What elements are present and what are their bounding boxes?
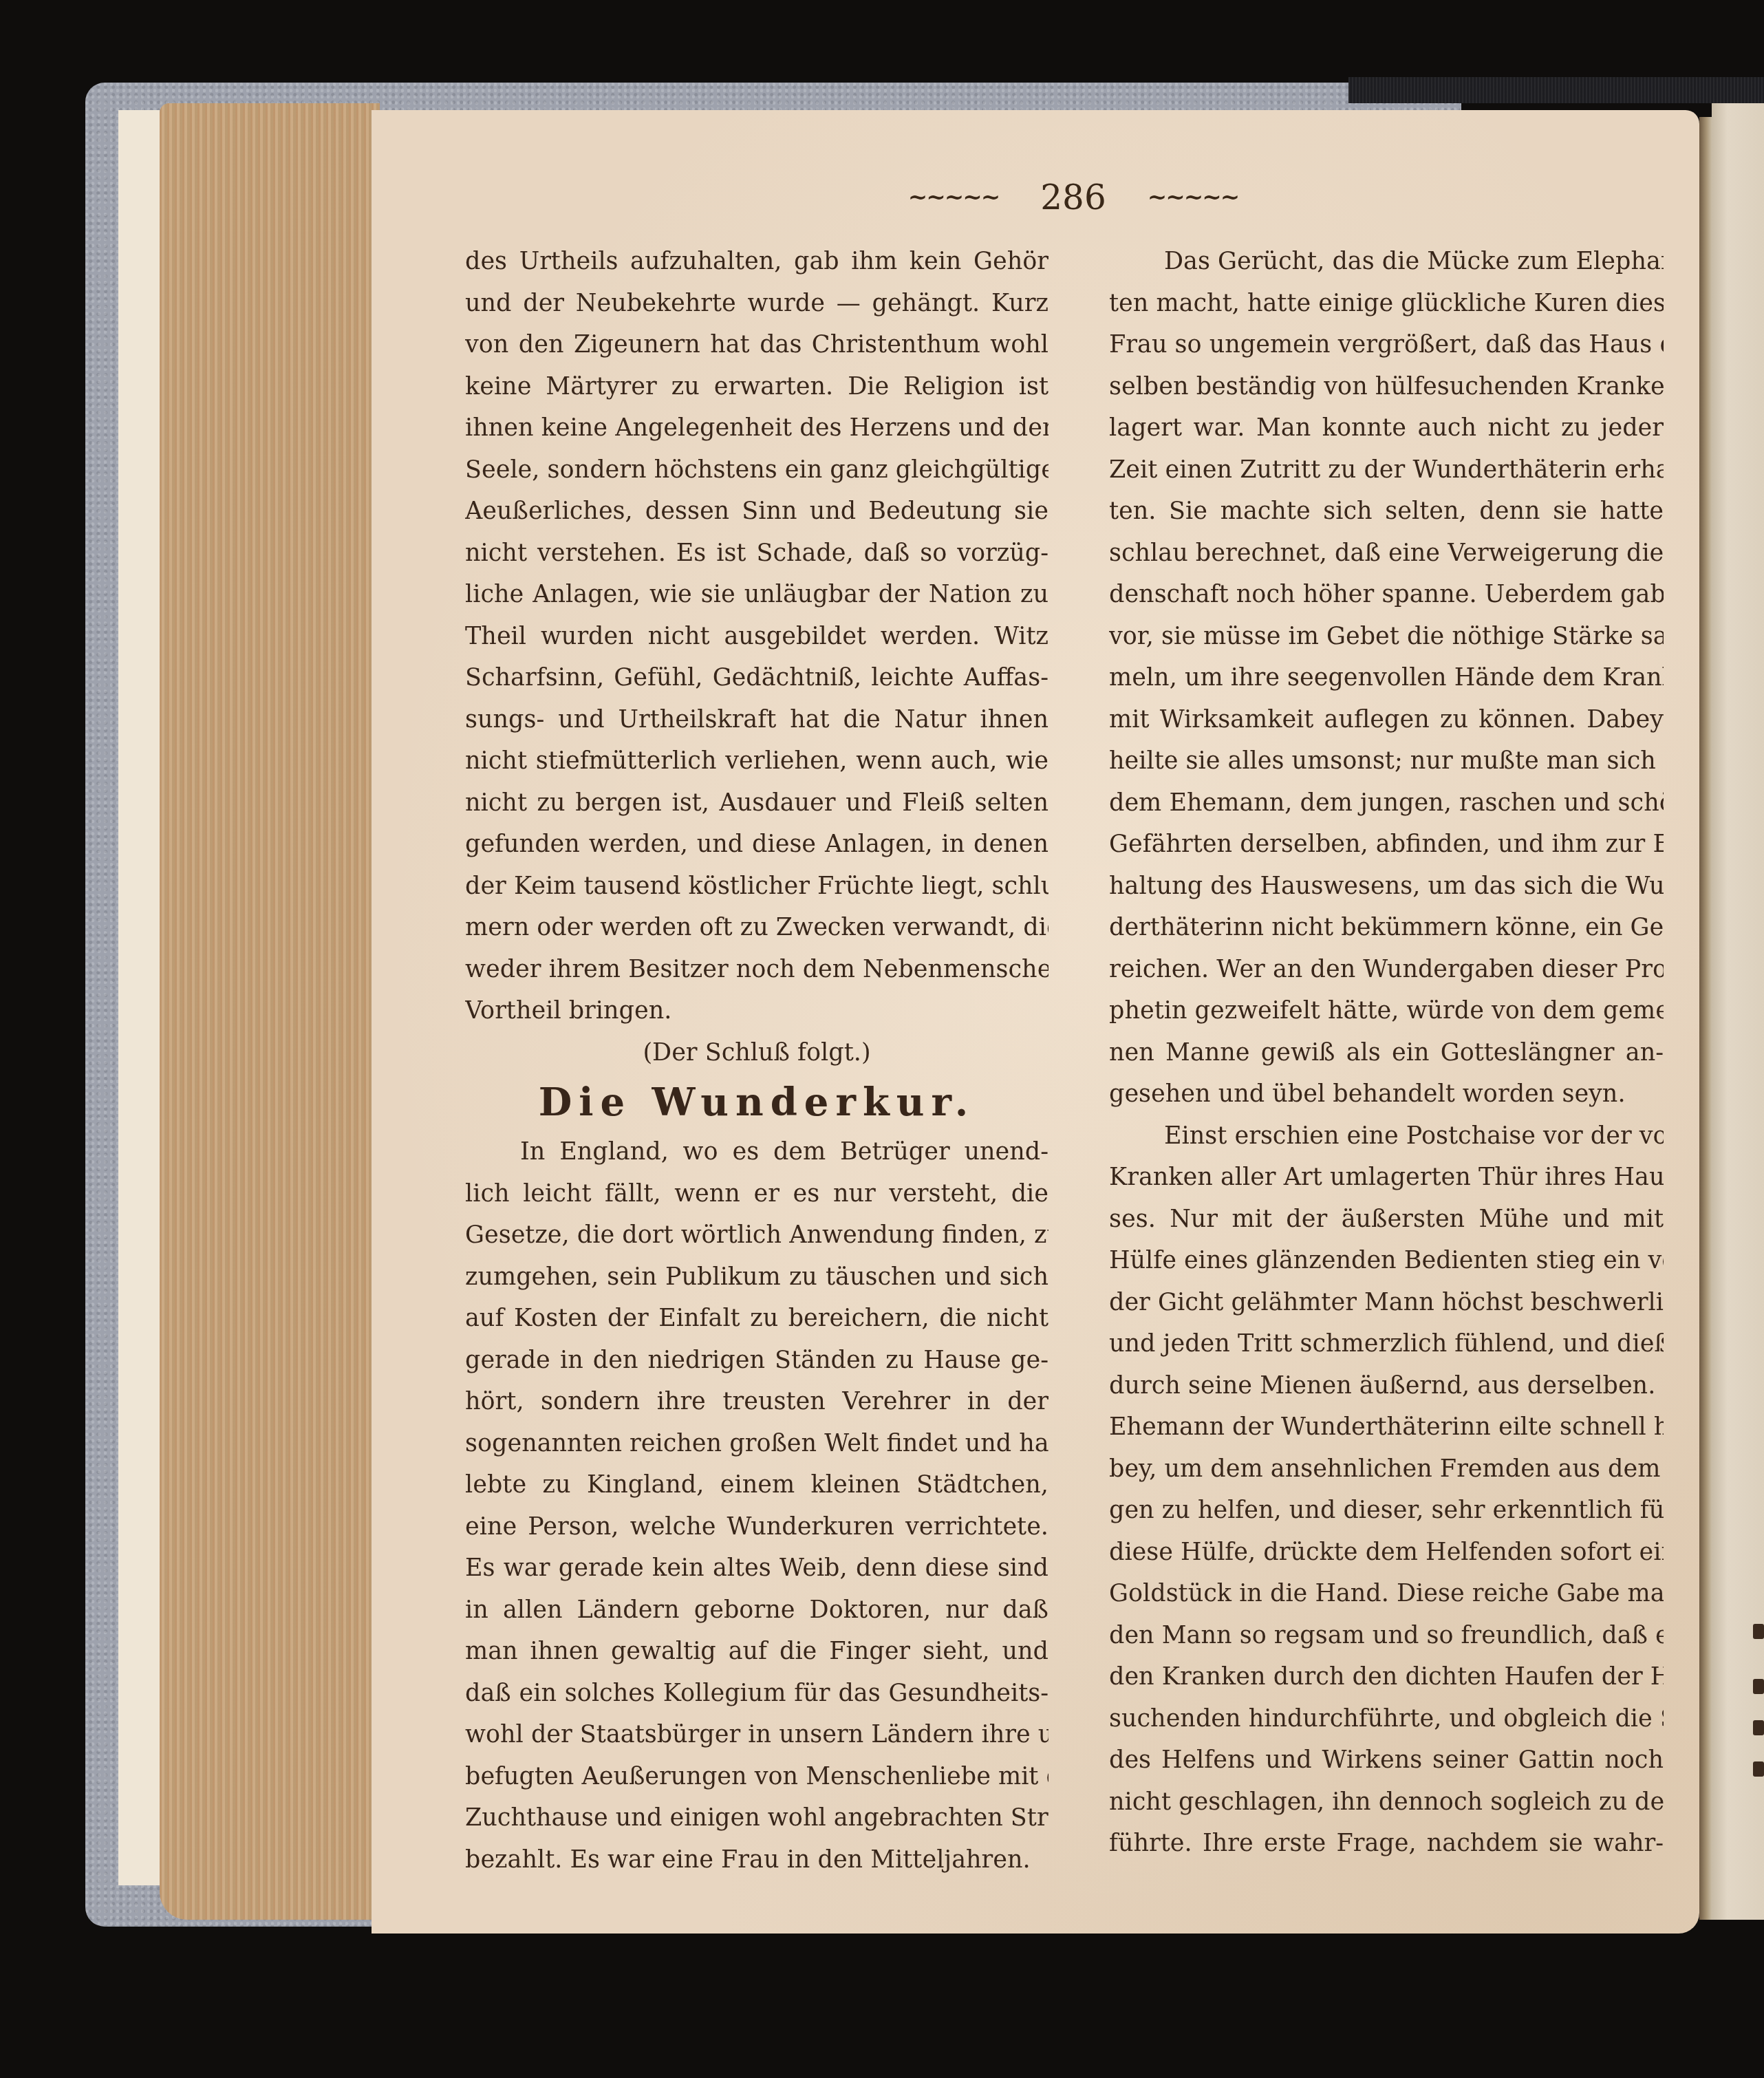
spine-cloth bbox=[1348, 77, 1764, 103]
text-line: den Mann so regsam und so freundlich, da… bbox=[1109, 1615, 1664, 1657]
text-line: Gefährten derselben, abfinden, und ihm z… bbox=[1109, 824, 1664, 866]
text-line: Es war gerade kein altes Weib, denn dies… bbox=[465, 1547, 1048, 1589]
flyleaf bbox=[118, 110, 160, 1885]
text-line: der Keim tausend köstlicher Früchte lieg… bbox=[465, 866, 1048, 908]
text-line: wohl der Staatsbürger in unsern Ländern … bbox=[465, 1714, 1048, 1756]
text-line: ses. Nur mit der äußersten Mühe und mit bbox=[1109, 1199, 1664, 1241]
text-line: diese Hülfe, drückte dem Helfenden sofor… bbox=[1109, 1532, 1664, 1574]
text-line: phetin gezweifelt hätte, würde von dem g… bbox=[1109, 990, 1664, 1032]
text-line: nicht geschlagen, ihn dennoch sogleich z… bbox=[1109, 1781, 1664, 1823]
text-line: den Kranken durch den dichten Haufen der… bbox=[1109, 1656, 1664, 1698]
article-heading: Die Wunderkur. bbox=[465, 1073, 1048, 1131]
text-line: nicht stiefmütterlich verliehen, wenn au… bbox=[465, 740, 1048, 782]
text-line: der Gicht gelähmter Mann höchst beschwer… bbox=[1109, 1282, 1664, 1324]
text-line: befugten Aeußerungen von Menschenliebe m… bbox=[465, 1756, 1048, 1798]
text-line: Gesetze, die dort wörtlich Anwendung fin… bbox=[465, 1214, 1048, 1256]
text-line: man ihnen gewaltig auf die Finger sieht,… bbox=[465, 1631, 1048, 1673]
text-line: nen Manne gewiß als ein Gotteslängner an… bbox=[1109, 1032, 1664, 1074]
text-line: Einst erschien eine Postchaise vor der v… bbox=[1109, 1115, 1664, 1157]
facing-page-letter bbox=[1753, 1720, 1764, 1735]
text-line: durch seine Mienen äußernd, aus derselbe… bbox=[1109, 1365, 1664, 1407]
text-line: Seele, sondern höchstens ein ganz gleich… bbox=[465, 449, 1048, 491]
text-line: lebte zu Kingland, einem kleinen Städtch… bbox=[465, 1464, 1048, 1506]
facing-page-letter bbox=[1753, 1679, 1764, 1694]
ornament-right-icon: ~~~~~ bbox=[1148, 184, 1238, 211]
facing-page-letter bbox=[1753, 1761, 1764, 1777]
text-line: bey, um dem ansehnlichen Fremden aus dem… bbox=[1109, 1448, 1664, 1490]
text-line: daß ein solches Kollegium für das Gesund… bbox=[465, 1673, 1048, 1715]
text-line: Goldstück in die Hand. Diese reiche Gabe… bbox=[1109, 1573, 1664, 1615]
text-line: sungs- und Urtheilskraft hat die Natur i… bbox=[465, 699, 1048, 741]
text-line: eine Person, welche Wunderkuren verricht… bbox=[465, 1506, 1048, 1548]
text-line: Frau so ungemein vergrößert, daß das Hau… bbox=[1109, 324, 1664, 366]
text-line: nicht verstehen. Es ist Schade, daß so v… bbox=[465, 533, 1048, 575]
text-line: schlau berechnet, daß eine Verweigerung … bbox=[1109, 533, 1664, 575]
text-line: lagert war. Man konnte auch nicht zu jed… bbox=[1109, 407, 1664, 449]
page-block-edge bbox=[160, 103, 380, 1920]
text-line: Vortheil bringen. bbox=[465, 990, 1048, 1032]
text-line: bezahlt. Es war eine Frau in den Mittelj… bbox=[465, 1839, 1048, 1881]
text-line: zumgehen, sein Publikum zu täuschen und … bbox=[465, 1256, 1048, 1298]
page-number: 286 bbox=[1040, 178, 1106, 217]
text-line: führte. Ihre erste Frage, nachdem sie wa… bbox=[1109, 1823, 1664, 1865]
text-line: des Helfens und Wirkens seiner Gattin no… bbox=[1109, 1739, 1664, 1781]
ornament-left-icon: ~~~~~ bbox=[908, 184, 999, 211]
text-line: selben beständig von hülfesuchenden Kran… bbox=[1109, 366, 1664, 408]
text-line: Das Gerücht, das die Mücke zum Elephan- bbox=[1109, 241, 1664, 283]
text-line: und jeden Tritt schmerzlich fühlend, und… bbox=[1109, 1323, 1664, 1365]
text-line: nicht zu bergen ist, Ausdauer und Fleiß … bbox=[465, 782, 1048, 824]
right-column: Das Gerücht, das die Mücke zum Elephan- … bbox=[1109, 241, 1664, 1865]
text-line: Theil wurden nicht ausgebildet werden. W… bbox=[465, 616, 1048, 658]
text-line: des Urtheils aufzuhalten, gab ihm kein G… bbox=[465, 241, 1048, 283]
text-line: Ehemann der Wunderthäterinn eilte schnel… bbox=[1109, 1406, 1664, 1448]
text-line: gesehen und übel behandelt worden seyn. bbox=[1109, 1073, 1664, 1115]
facing-page-letter bbox=[1753, 1624, 1764, 1639]
text-line: mit Wirksamkeit auflegen zu können. Dabe… bbox=[1109, 699, 1664, 741]
text-line: ten macht, hatte einige glückliche Kuren… bbox=[1109, 283, 1664, 325]
text-line: denschaft noch höher spanne. Ueberdem ga… bbox=[1109, 574, 1664, 616]
text-line: suchenden hindurchführte, und obgleich d… bbox=[1109, 1698, 1664, 1740]
text-line: mern oder werden oft zu Zwecken verwandt… bbox=[465, 907, 1048, 949]
text-line: ihnen keine Angelegenheit des Herzens un… bbox=[465, 407, 1048, 449]
text-line: gerade in den niedrigen Ständen zu Hause… bbox=[465, 1340, 1048, 1382]
text-line: sogenannten reichen großen Welt findet u… bbox=[465, 1423, 1048, 1465]
text-line: hört, sondern ihre treusten Verehrer in … bbox=[465, 1381, 1048, 1423]
text-line: In England, wo es dem Betrüger unend- bbox=[465, 1131, 1048, 1173]
text-line: meln, um ihre seegenvollen Hände dem Kra… bbox=[1109, 657, 1664, 699]
text-line: ten. Sie machte sich selten, denn sie ha… bbox=[1109, 491, 1664, 533]
text-line: Zeit einen Zutritt zu der Wunderthäterin… bbox=[1109, 449, 1664, 491]
text-line: lich leicht fällt, wenn er es nur verste… bbox=[465, 1173, 1048, 1215]
text-line: Zuchthause und einigen wohl angebrachten… bbox=[465, 1797, 1048, 1839]
running-head: ~~~~~ 286 ~~~~~ bbox=[894, 178, 1252, 217]
continuation-note: (Der Schluß folgt.) bbox=[465, 1032, 1048, 1074]
left-column: des Urtheils aufzuhalten, gab ihm kein G… bbox=[465, 241, 1048, 1881]
text-line: dem Ehemann, dem jungen, raschen und sch… bbox=[1109, 782, 1664, 824]
text-line: liche Anlagen, wie sie unläugbar der Nat… bbox=[465, 574, 1048, 616]
text-line: gen zu helfen, und dieser, sehr erkenntl… bbox=[1109, 1490, 1664, 1532]
text-line: auf Kosten der Einfalt zu bereichern, di… bbox=[465, 1298, 1048, 1340]
text-line: weder ihrem Besitzer noch dem Nebenmensc… bbox=[465, 949, 1048, 991]
text-line: vor, sie müsse im Gebet die nöthige Stär… bbox=[1109, 616, 1664, 658]
text-line: von den Zigeunern hat das Christenthum w… bbox=[465, 324, 1048, 366]
text-line: haltung des Hauswesens, um das sich die … bbox=[1109, 866, 1664, 908]
text-line: derthäterinn nicht bekümmern könne, ein … bbox=[1109, 907, 1664, 949]
text-line: und der Neubekehrte wurde — gehängt. Kur… bbox=[465, 283, 1048, 325]
text-line: heilte sie alles umsonst; nur mußte man … bbox=[1109, 740, 1664, 782]
text-line: keine Märtyrer zu erwarten. Die Religion… bbox=[465, 366, 1048, 408]
text-line: in allen Ländern geborne Doktoren, nur d… bbox=[465, 1589, 1048, 1631]
gutter bbox=[1699, 117, 1712, 1920]
text-line: Aeußerliches, dessen Sinn und Bedeutung … bbox=[465, 491, 1048, 533]
facing-page-edge bbox=[1712, 103, 1764, 1920]
text-line: reichen. Wer an den Wundergaben dieser P… bbox=[1109, 949, 1664, 991]
text-line: Hülfe eines glänzenden Bedienten stieg e… bbox=[1109, 1240, 1664, 1282]
text-line: gefunden werden, und diese Anlagen, in d… bbox=[465, 824, 1048, 866]
text-line: Scharfsinn, Gefühl, Gedächtniß, leichte … bbox=[465, 657, 1048, 699]
text-line: Kranken aller Art umlagerten Thür ihres … bbox=[1109, 1157, 1664, 1199]
